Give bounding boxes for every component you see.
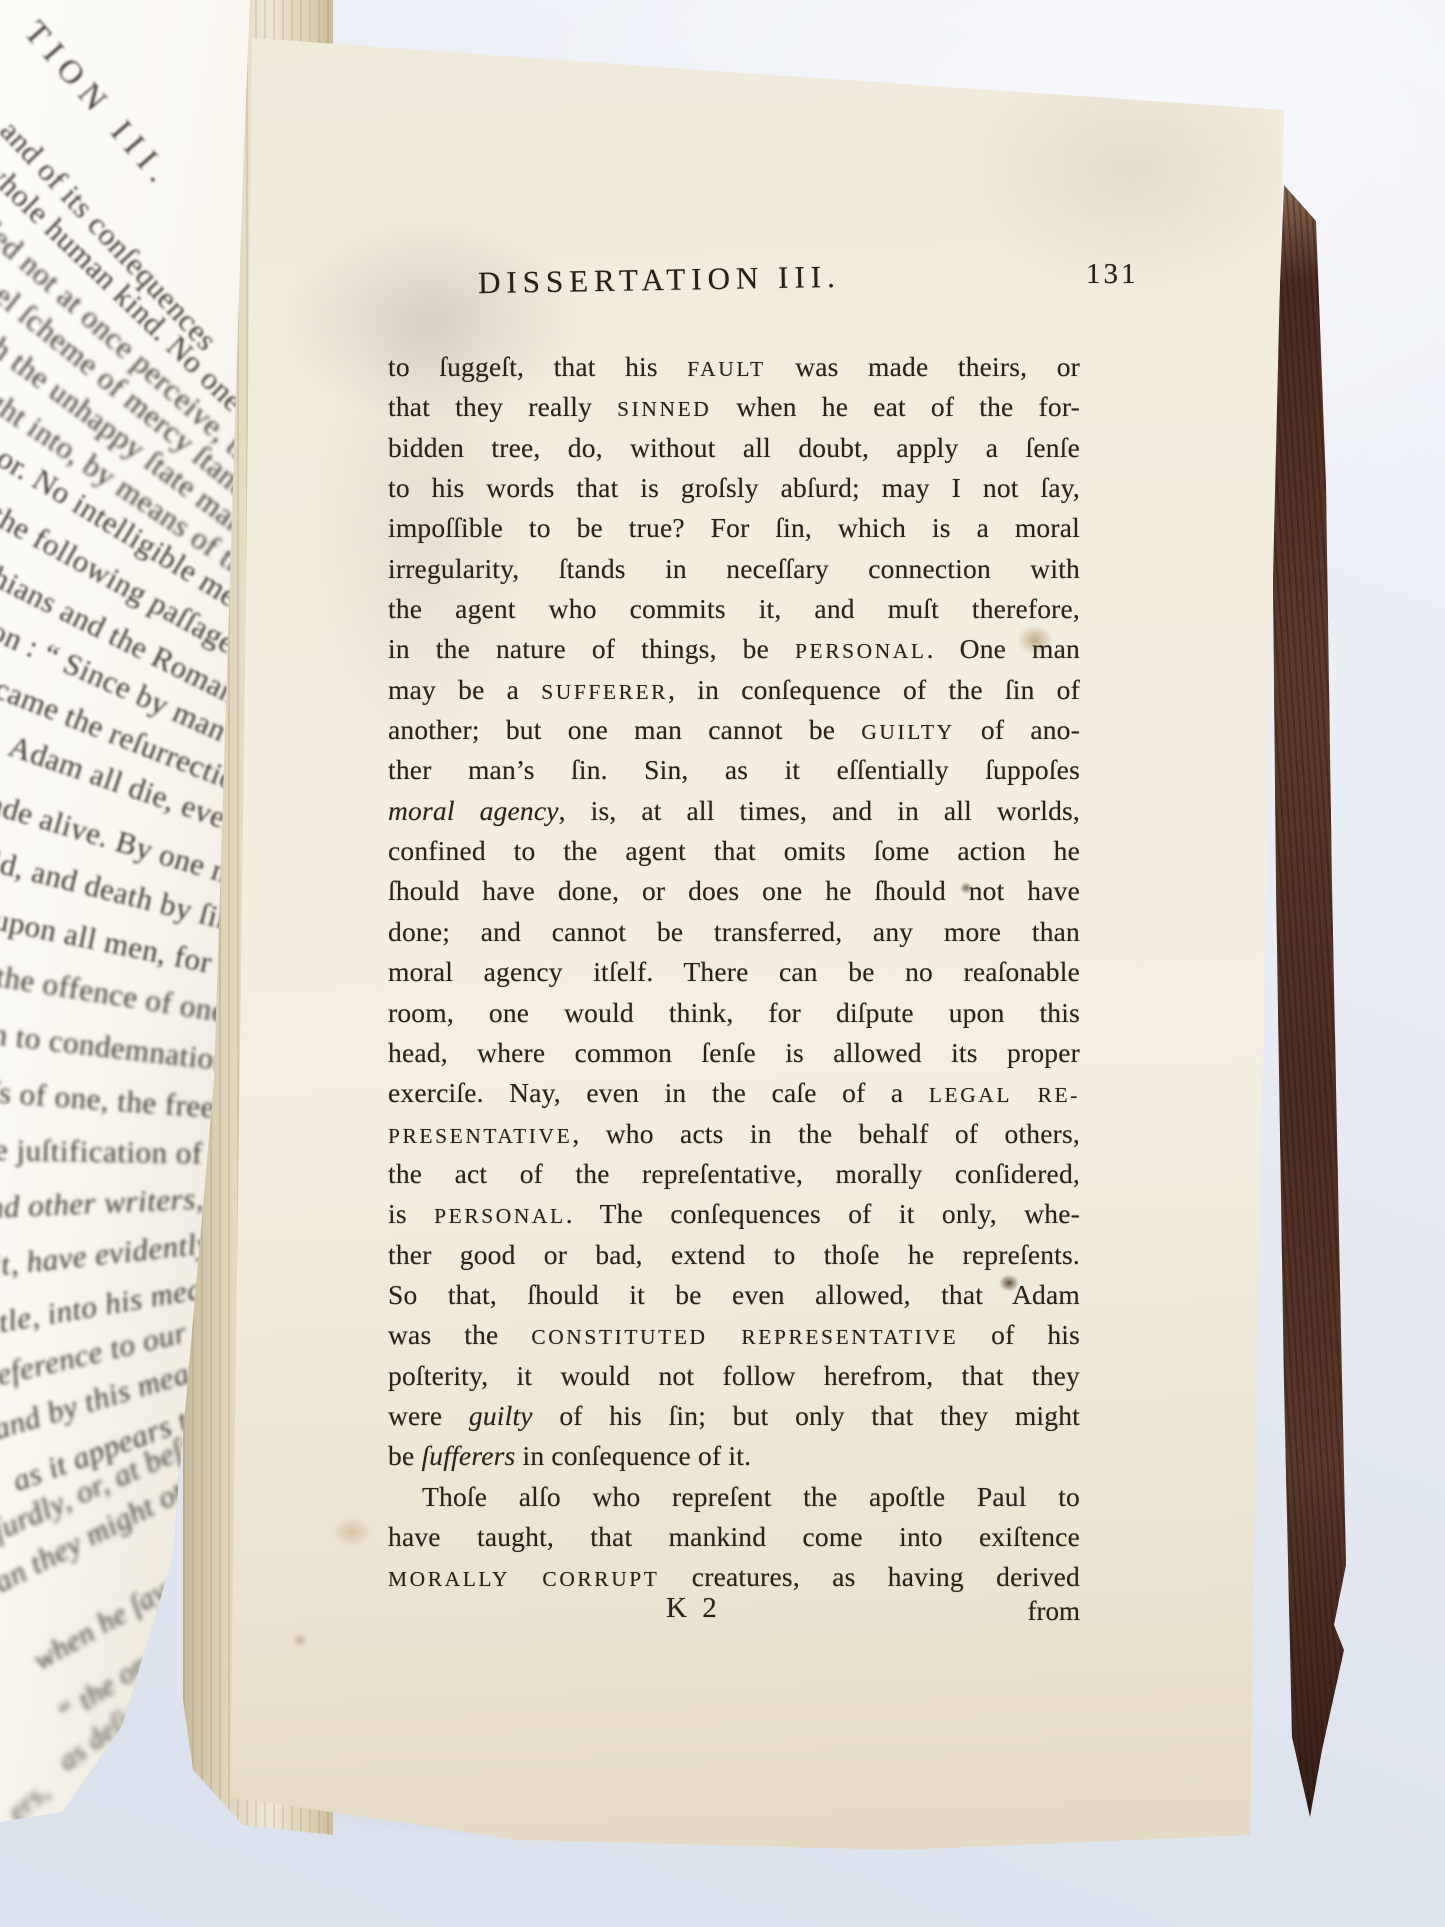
small-caps-text: PERSONAL [795, 639, 927, 663]
small-caps-text: FAULT [687, 357, 766, 381]
running-header-title: DISSERTATION III. [478, 259, 841, 301]
body-line: another; but one man cannot be GUILTY of… [388, 710, 1080, 750]
body-line: irregularity, ſtands in neceſſary connec… [388, 549, 1080, 589]
small-caps-text: CONSTITUTED REPRESENTATIVE [531, 1325, 958, 1349]
body-line: moral agency itſelf. There can be no rea… [388, 952, 1080, 992]
body-line: ſhould have done, or does one he ſhould … [388, 871, 1080, 911]
body-line: moral agency, is, at all times, and in a… [388, 791, 1080, 831]
body-line: the act of the repreſentative, morally c… [388, 1154, 1080, 1194]
body-line: head, where common ſenſe is allowed its … [388, 1033, 1080, 1073]
body-line: to ſuggeſt, that his FAULT was made thei… [388, 347, 1080, 387]
body-line: bidden tree, do, without all doubt, appl… [388, 428, 1080, 468]
body-line: ther good or bad, extend to thoſe he rep… [388, 1235, 1080, 1275]
body-line: have taught, that mankind come into exiſ… [388, 1517, 1080, 1557]
body-line: So that, ſhould it be even allowed, that… [388, 1275, 1080, 1315]
body-line: may be a SUFFERER, in conſequence of the… [388, 670, 1080, 710]
italic-text: guilty [469, 1400, 533, 1431]
small-caps-text: LEGAL RE- [929, 1083, 1080, 1107]
body-line: done; and cannot be transferred, any mor… [388, 912, 1080, 952]
small-caps-text: GUILTY [861, 720, 954, 744]
page-number: 131 [1086, 258, 1139, 291]
body-line: is PERSONAL. The conſequences of it only… [388, 1194, 1080, 1234]
body-line: exerciſe. Nay, even in the caſe of a LEG… [388, 1073, 1080, 1113]
catchword: from [1028, 1596, 1080, 1627]
body-line: be ſufferers in conſequence of it. [388, 1436, 1080, 1476]
direction-line: K 2 from [388, 1592, 1080, 1634]
body-line: poſterity, it would not follow herefrom,… [388, 1356, 1080, 1396]
body-line: impoſſible to be true? For ſin, which is… [388, 508, 1080, 548]
signature-mark: K 2 [666, 1592, 721, 1625]
body-line: were guilty of his ſin; but only that th… [388, 1396, 1080, 1436]
small-caps-text: PRESENTATIVE [388, 1124, 572, 1148]
body-line: ther man’s ſin. Sin, as it eſſentially ſ… [388, 750, 1080, 790]
small-caps-text: PERSONAL [434, 1204, 566, 1228]
body-line: that they really SINNED when he eat of t… [388, 387, 1080, 427]
body-line: room, one would think, for diſpute upon … [388, 993, 1080, 1033]
small-caps-text: SUFFERER [541, 680, 668, 704]
body-line: confined to the agent that omits ſome ac… [388, 831, 1080, 871]
italic-text: ſufferers [421, 1440, 515, 1471]
body-line: PRESENTATIVE, who acts in the behalf of … [388, 1114, 1080, 1154]
body-line: in the nature of things, be PERSONAL. On… [388, 629, 1080, 669]
small-caps-text: SINNED [617, 397, 711, 421]
body-text-column: to ſuggeſt, that his FAULT was made thei… [388, 347, 1080, 1598]
body-line: the agent who commits it, and muſt there… [388, 589, 1080, 629]
body-line: was the CONSTITUTED REPRESENTATIVE of hi… [388, 1315, 1080, 1355]
body-line: to his words that is groſsly abſurd; may… [388, 468, 1080, 508]
small-caps-text: MORALLY CORRUPT [388, 1567, 660, 1591]
book-photo: TION III.s, and of its conſequenceswhole… [0, 0, 1445, 1927]
body-line: Thoſe alſo who repreſent the apoſtle Pau… [388, 1477, 1080, 1517]
italic-text: moral agency [388, 795, 559, 826]
